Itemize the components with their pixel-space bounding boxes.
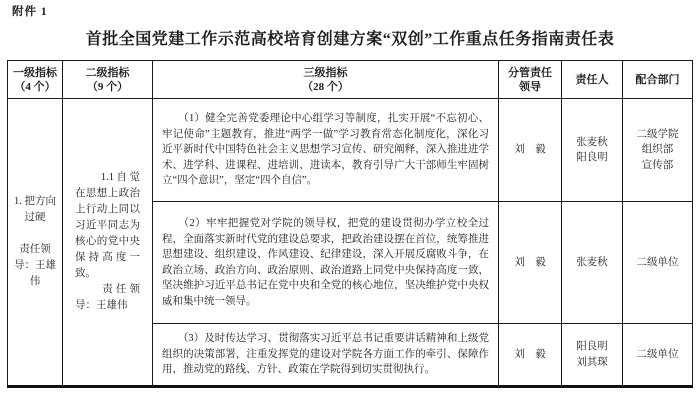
responsible-cell-1: 张麦秋 阳良明 xyxy=(562,99,623,202)
cooperating-cell-2: 二级单位 xyxy=(623,202,693,324)
table-row: 1. 把方向 过硬 责任领 导：王雄 伟 1.1自觉在思想上政治上行动上同以习近… xyxy=(8,99,693,202)
cooperating-cell-1: 二级学院 组织部 宣传部 xyxy=(623,99,693,202)
responsible-cell-3: 阳良明 刘其琛 xyxy=(562,324,623,387)
table-header-row: 一级指标 （4 个） 二级指标 （9 个） 三级指标 （28 个） 分管责任 领… xyxy=(8,61,693,99)
document-page: 附件 1 首批全国党建工作示范高校培育创建方案“双创”工作重点任务指南责任表 一… xyxy=(0,0,700,394)
level2-indicator-cell: 1.1自觉在思想上政治上行动上同以习近平同志为核心的党中央保持高度一致。 责任领… xyxy=(63,99,153,387)
cooperating-cell-3: 二级单位 xyxy=(623,324,693,387)
header-level3-indicator: 三级指标 （28 个） xyxy=(153,61,499,99)
responsible-cell-2: 张麦秋 xyxy=(562,202,623,324)
task-cell-2: （2）牢牢把握党对学院的领导权，把党的建设贯彻办学立校全过程，全面落实新时代党的… xyxy=(153,202,499,324)
header-level2-indicator: 二级指标 （9 个） xyxy=(63,61,153,99)
responsibility-table: 一级指标 （4 个） 二级指标 （9 个） 三级指标 （28 个） 分管责任 领… xyxy=(7,60,693,388)
level1-indicator-cell: 1. 把方向 过硬 责任领 导：王雄 伟 xyxy=(8,99,63,387)
attachment-label: 附件 1 xyxy=(12,0,700,19)
leader-cell-3: 刘 毅 xyxy=(499,324,562,387)
page-title: 首批全国党建工作示范高校培育创建方案“双创”工作重点任务指南责任表 xyxy=(0,26,700,49)
header-responsible-person: 责任人 xyxy=(562,61,623,99)
leader-cell-1: 刘 毅 xyxy=(499,99,562,202)
header-level1-indicator: 一级指标 （4 个） xyxy=(8,61,63,99)
header-cooperating-department: 配合部门 xyxy=(623,61,693,99)
task-cell-3: （3）及时传达学习、贯彻落实习近平总书记重要讲话精神和上级党组织的决策部署，注重… xyxy=(153,324,499,387)
leader-cell-2: 刘 毅 xyxy=(499,202,562,324)
header-supervising-leader: 分管责任 领导 xyxy=(499,61,562,99)
task-cell-1: （1）健全完善党委理论中心组学习等制度，扎实开展“不忘初心、牢记使命”主题教育，… xyxy=(153,99,499,202)
